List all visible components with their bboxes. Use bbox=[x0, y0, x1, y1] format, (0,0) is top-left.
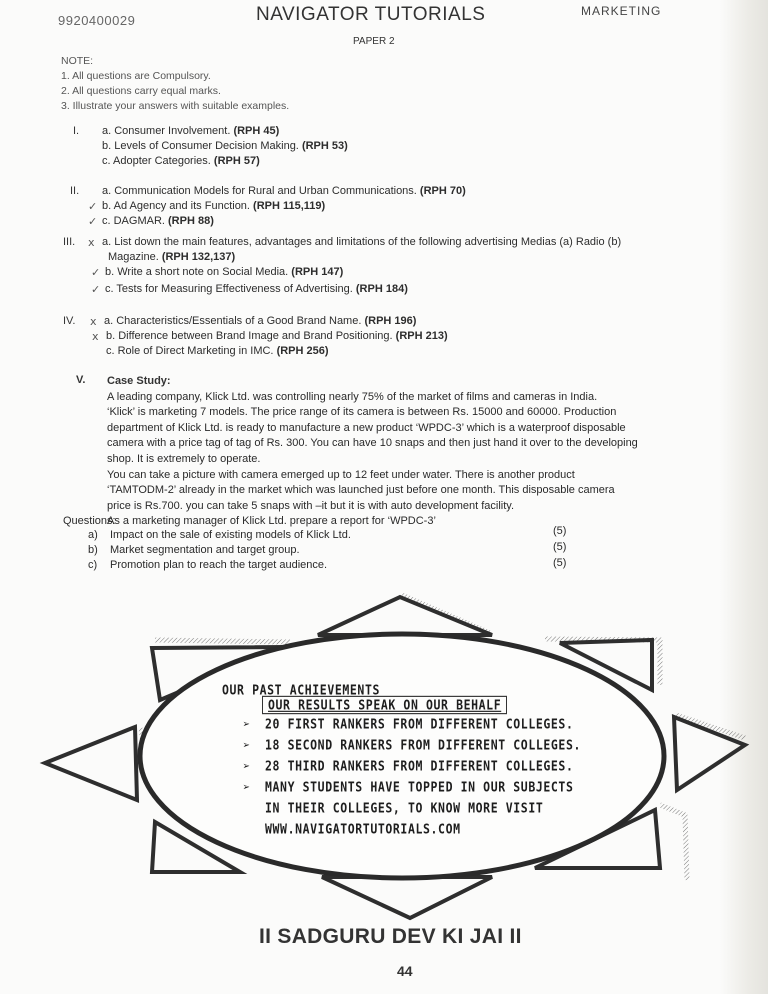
footer-motto: II SADGURU DEV KI JAI II bbox=[259, 925, 522, 949]
achievement-text: 28 THIRD RANKERS FROM DIFFERENT COLLEGES… bbox=[265, 758, 573, 774]
achievement-text: MANY STUDENTS HAVE TOPPED IN OUR SUBJECT… bbox=[265, 779, 573, 795]
achievements-tagline: OUR RESULTS SPEAK ON OUR BEHALF bbox=[262, 696, 507, 714]
page-number: 44 bbox=[397, 963, 413, 979]
website-link[interactable]: WWW.NAVIGATORTUTORIALS.COM bbox=[265, 821, 461, 837]
achievement-item: ➢28 THIRD RANKERS FROM DIFFERENT COLLEGE… bbox=[243, 758, 573, 774]
achievements-continuation: IN THEIR COLLEGES, TO KNOW MORE VISIT bbox=[265, 800, 543, 816]
star-ellipse-graphic bbox=[0, 0, 768, 994]
arrow-bullet-icon: ➢ bbox=[243, 737, 265, 753]
arrow-bullet-icon: ➢ bbox=[243, 758, 265, 774]
achievement-text: 18 SECOND RANKERS FROM DIFFERENT COLLEGE… bbox=[265, 737, 581, 753]
arrow-bullet-icon: ➢ bbox=[243, 779, 265, 795]
achievement-item: ➢20 FIRST RANKERS FROM DIFFERENT COLLEGE… bbox=[243, 716, 573, 732]
achievement-text: 20 FIRST RANKERS FROM DIFFERENT COLLEGES… bbox=[265, 716, 573, 732]
achievement-item: ➢18 SECOND RANKERS FROM DIFFERENT COLLEG… bbox=[243, 737, 581, 753]
arrow-bullet-icon: ➢ bbox=[243, 716, 265, 732]
achievement-item: ➢MANY STUDENTS HAVE TOPPED IN OUR SUBJEC… bbox=[243, 779, 573, 795]
